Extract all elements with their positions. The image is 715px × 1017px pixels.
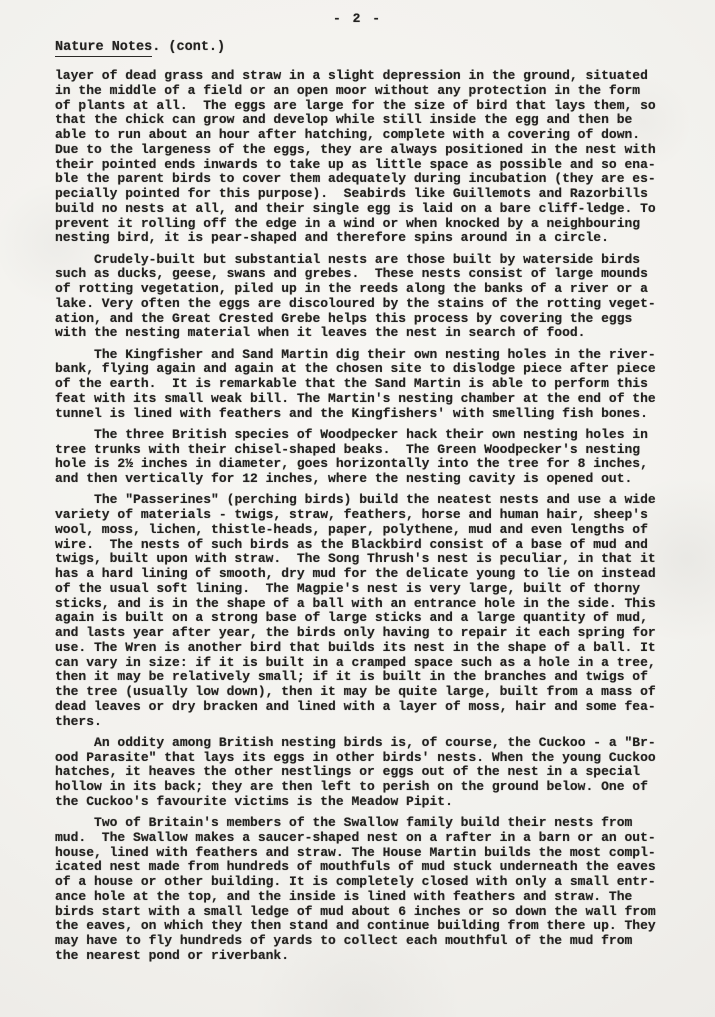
paragraph-ground-nests: layer of dead grass and straw in a sligh… [55, 69, 683, 246]
paragraph-swallow-family: Two of Britain's members of the Swallow … [55, 816, 683, 964]
paragraph-cuckoo: An oddity among British nesting birds is… [55, 736, 683, 810]
section-title: Nature Notes [55, 40, 152, 57]
document-body: Nature Notes. (cont.) layer of dead gras… [55, 40, 683, 970]
page-number: - 2 - [0, 11, 715, 26]
paragraph-kingfisher-sand-martin: The Kingfisher and Sand Martin dig their… [55, 348, 683, 422]
document-page: - 2 - Nature Notes. (cont.) layer of dea… [0, 0, 715, 1017]
section-heading-suffix: . (cont.) [152, 40, 225, 55]
paragraph-woodpeckers: The three British species of Woodpecker … [55, 428, 683, 487]
paragraph-waterside-birds: Crudely-built but substantial nests are … [55, 253, 683, 342]
paragraph-passerines: The "Passerines" (perching birds) build … [55, 493, 683, 729]
section-heading: Nature Notes. (cont.) [55, 40, 683, 55]
